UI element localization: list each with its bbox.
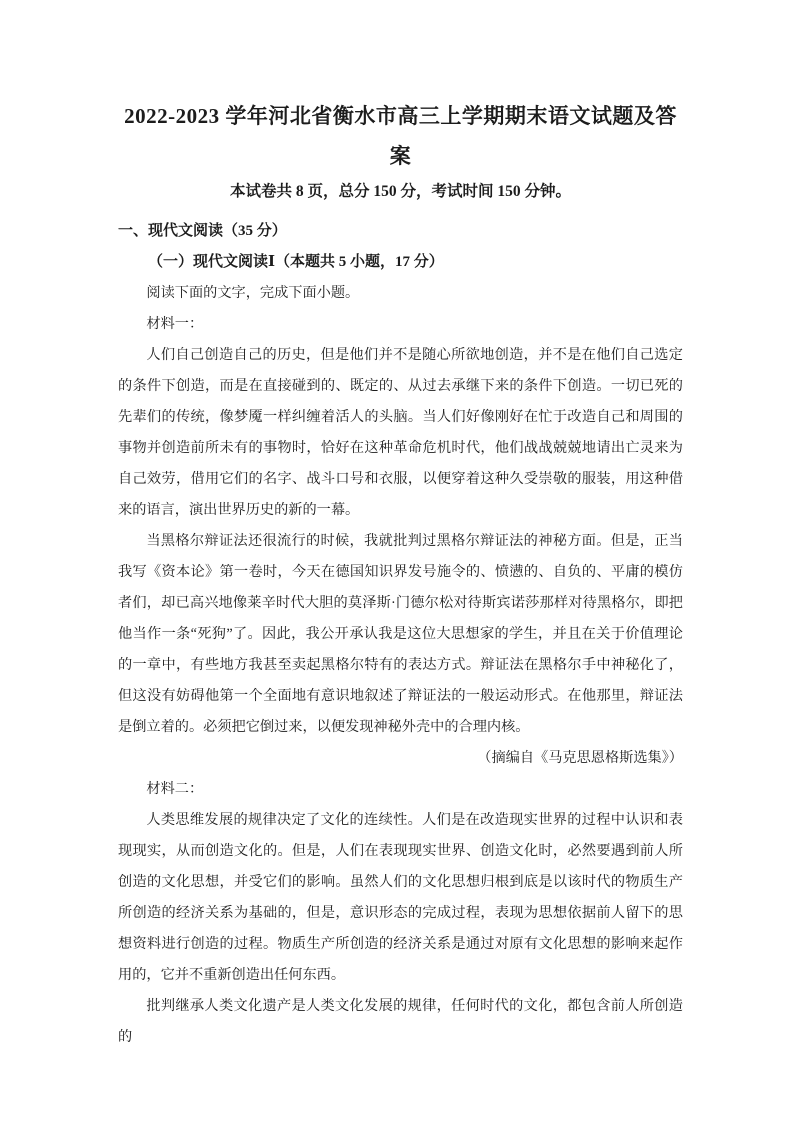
material-1-label: 材料一： [118,309,683,340]
document-title: 2022-2023 学年河北省衡水市高三上学期期末语文试题及答案 [118,96,683,176]
material-1-source-attribution: （摘编自《马克思恩格斯选集》） [118,743,683,774]
material-2-paragraph-1: 人类思维发展的规律决定了文化的连续性。人们是在改造现实世界的过程中认识和表现现实… [118,805,683,991]
material-1-paragraph-2: 当黑格尔辩证法还很流行的时候，我就批判过黑格尔辩证法的神秘方面。但是，正当我写《… [118,526,683,743]
material-2-paragraph-2: 批判继承人类文化遗产是人类文化发展的规律，任何时代的文化，都包含前人所创造的 [118,991,683,1053]
material-1-paragraph-1: 人们自己创造自己的历史，但是他们并不是随心所欲地创造，并不是在他们自己选定的条件… [118,340,683,526]
exam-info-line: 本试卷共 8 页，总分 150 分，考试时间 150 分钟。 [118,176,683,207]
section-heading-modern-reading: 一、现代文阅读（35 分） [118,216,683,247]
material-2-label: 材料二： [118,774,683,805]
document-page: 2022-2023 学年河北省衡水市高三上学期期末语文试题及答案 本试卷共 8 … [0,0,793,1122]
reading-instruction: 阅读下面的文字，完成下面小题。 [118,278,683,309]
subsection-heading-reading-1: （一）现代文阅读Ⅰ（本题共 5 小题，17 分） [118,247,683,278]
